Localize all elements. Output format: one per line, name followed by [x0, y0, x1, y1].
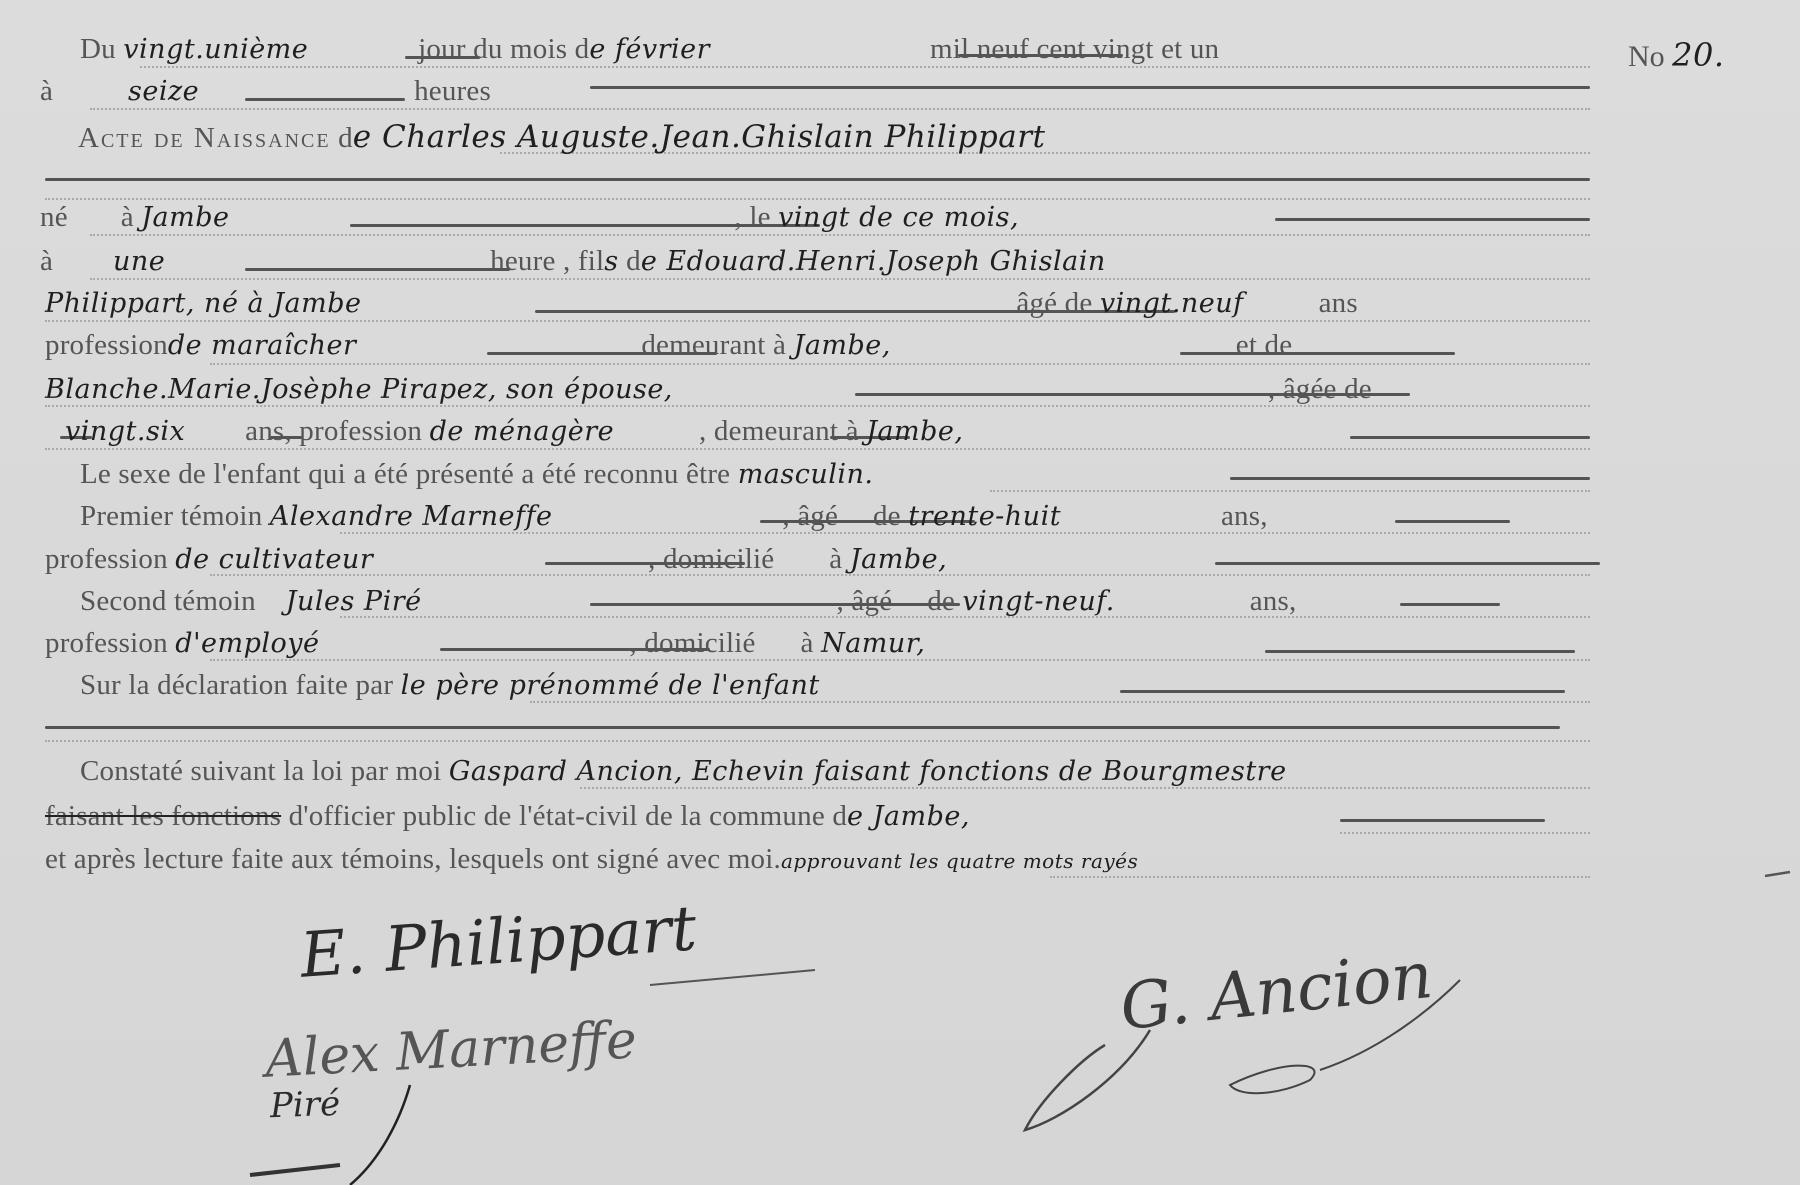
- pen-strokes: [0, 0, 1800, 1185]
- birth-certificate-page: No 20. Du vingt.unième jour du mois de f…: [0, 0, 1800, 1185]
